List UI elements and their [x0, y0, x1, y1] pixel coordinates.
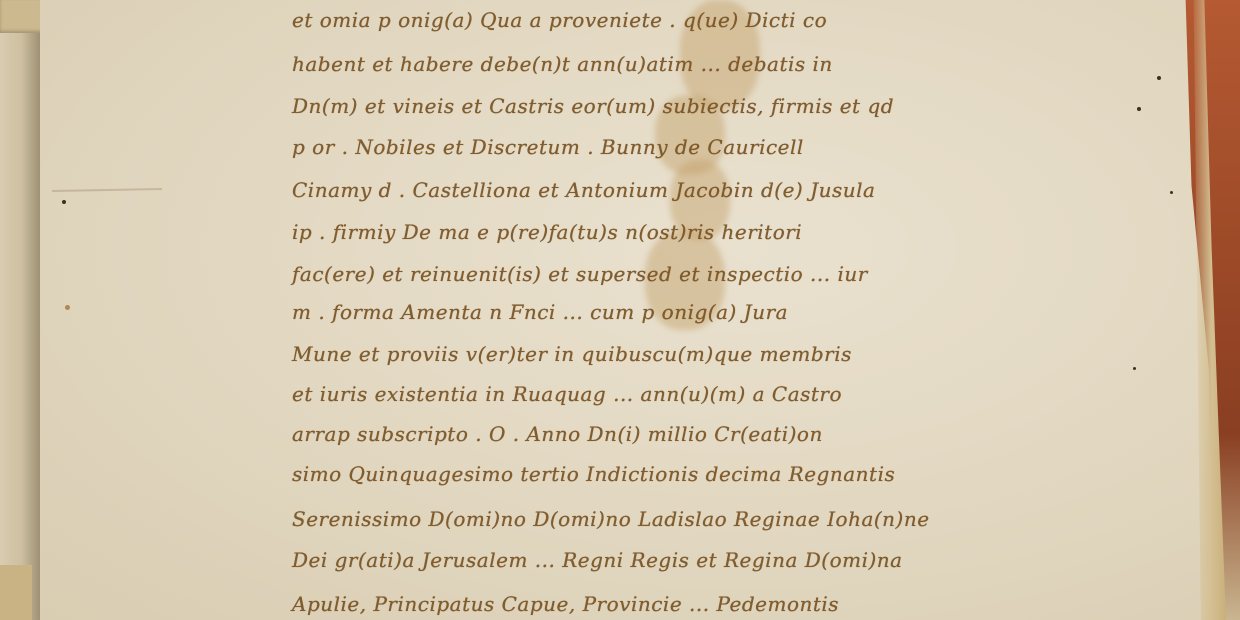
binding-tab-bottom [0, 565, 32, 620]
manuscript-line: Cinamy d . Castelliona et Antonium Jacob… [292, 178, 875, 202]
binding-tab-top [0, 0, 46, 33]
ink-speck [1133, 367, 1136, 370]
manuscript-line: Dn(m) et vineis et Castris eor(um) subie… [292, 94, 894, 118]
ink-speck [1170, 191, 1173, 194]
ink-speck [62, 200, 66, 204]
manuscript-line: fac(ere) et reinuenit(is) et supersed et… [292, 262, 868, 286]
manuscript-line: ip . firmiy De ma e p(re)fa(tu)s n(ost)r… [292, 220, 802, 244]
ink-speck [1137, 107, 1141, 111]
manuscript-line: Apulie, Principatus Capue, Provincie ...… [292, 592, 839, 616]
ink-speck [65, 305, 70, 310]
manuscript-line: simo Quinquagesimo tertio Indictionis de… [292, 462, 895, 486]
manuscript-line: et iuris existentia in Ruaquag ... ann(u… [292, 382, 842, 406]
manuscript-line: habent et habere debe(n)t ann(u)atim ...… [292, 52, 833, 76]
manuscript-photo: et omia p onig(a) Qua a proveniete . q(u… [0, 0, 1240, 620]
ink-speck [1157, 76, 1161, 80]
manuscript-line: p or . Nobiles et Discretum . Bunny de C… [292, 135, 804, 159]
manuscript-line: m . forma Amenta n Fnci ... cum p onig(a… [292, 300, 788, 324]
manuscript-line: et omia p onig(a) Qua a proveniete . q(u… [292, 8, 827, 32]
manuscript-line: arrap subscripto . O . Anno Dn(i) millio… [292, 422, 823, 446]
manuscript-line: Dei gr(ati)a Jerusalem ... Regni Regis e… [292, 548, 903, 572]
manuscript-line: Serenissimo D(omi)no D(omi)no Ladislao R… [292, 507, 930, 531]
manuscript-line: Mune et proviis v(er)ter in quibuscu(m)q… [292, 342, 852, 366]
